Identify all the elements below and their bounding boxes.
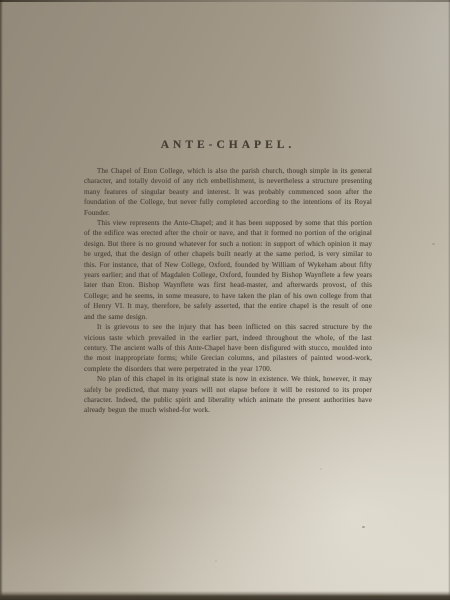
body-paragraph-3: It is grievous to see the injury that ha…	[84, 322, 372, 374]
book-page-photo: ANTE-CHAPEL. The Chapel of Eton College,…	[0, 0, 450, 600]
paper-speck	[362, 526, 365, 528]
chapter-title: ANTE-CHAPEL.	[84, 139, 372, 151]
body-paragraph-4: No plan of this chapel in its original s…	[84, 374, 372, 416]
paper-speck	[215, 560, 217, 562]
photo-edge-left	[0, 0, 3, 600]
photo-edge-bottom	[0, 591, 450, 600]
body-paragraph-1: The Chapel of Eton College, which is als…	[84, 166, 372, 218]
photo-edge-top	[0, 0, 450, 2]
paper-speck	[320, 468, 322, 470]
text-block: ANTE-CHAPEL. The Chapel of Eton College,…	[84, 139, 372, 416]
paper-speck	[432, 243, 435, 245]
body-paragraph-2: This view represents the Ante-Chapel; an…	[84, 218, 372, 322]
